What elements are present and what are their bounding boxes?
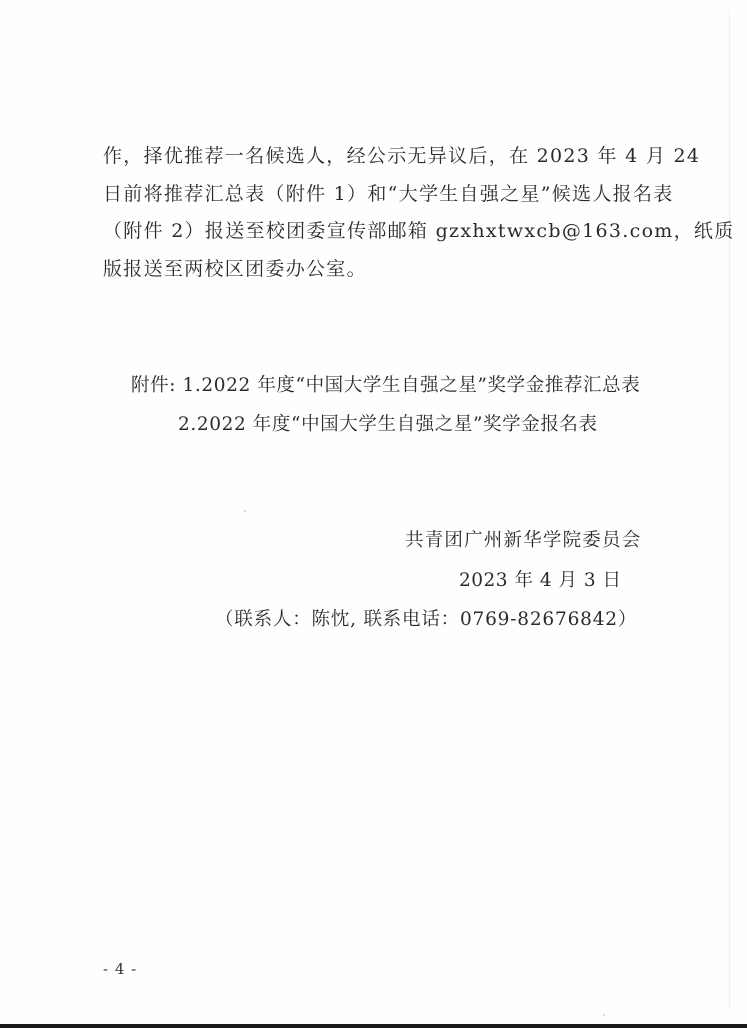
paragraph-line: 作，择优推荐一名候选人，经公示无异议后，在 2023 年 4 月 24 [103, 138, 643, 176]
bottom-border [0, 1024, 747, 1028]
document-page: 作，择优推荐一名候选人，经公示无异议后，在 2023 年 4 月 24 日前将推… [0, 0, 747, 1024]
signature-date: 2023 年 4 月 3 日 [459, 566, 622, 592]
contact-info: （联系人：陈忱, 联系电话：0769-82676842） [215, 605, 637, 631]
signature-organization: 共青团广州新华学院委员会 [405, 526, 641, 552]
body-paragraph: 作，择优推荐一名候选人，经公示无异议后，在 2023 年 4 月 24 日前将推… [103, 138, 643, 289]
paragraph-line: （附件 2）报送至校团委宣传部邮箱 gzxhxtwxcb@163.com，纸质 [103, 213, 643, 251]
scan-speck [244, 510, 246, 512]
scan-speck [603, 1014, 605, 1016]
attachment-title: 1.2022 年度“中国大学生自强之星”奖学金推荐汇总表 [183, 375, 641, 396]
attachment-title: 2.2022 年度“中国大学生自强之星”奖学金报名表 [178, 414, 598, 435]
paragraph-line: 日前将推荐汇总表（附件 1）和“大学生自强之星”候选人报名表 [103, 176, 643, 214]
page-edge-shadow [729, 10, 730, 1010]
paragraph-line: 版报送至两校区团委办公室。 [103, 251, 643, 289]
attachment-item-2: 2.2022 年度“中国大学生自强之星”奖学金报名表 [178, 410, 598, 436]
page-number: - 4 - [103, 960, 137, 978]
attachments-prefix: 附件: [131, 375, 183, 396]
attachment-item-1: 附件: 1.2022 年度“中国大学生自强之星”奖学金推荐汇总表 [131, 371, 640, 397]
